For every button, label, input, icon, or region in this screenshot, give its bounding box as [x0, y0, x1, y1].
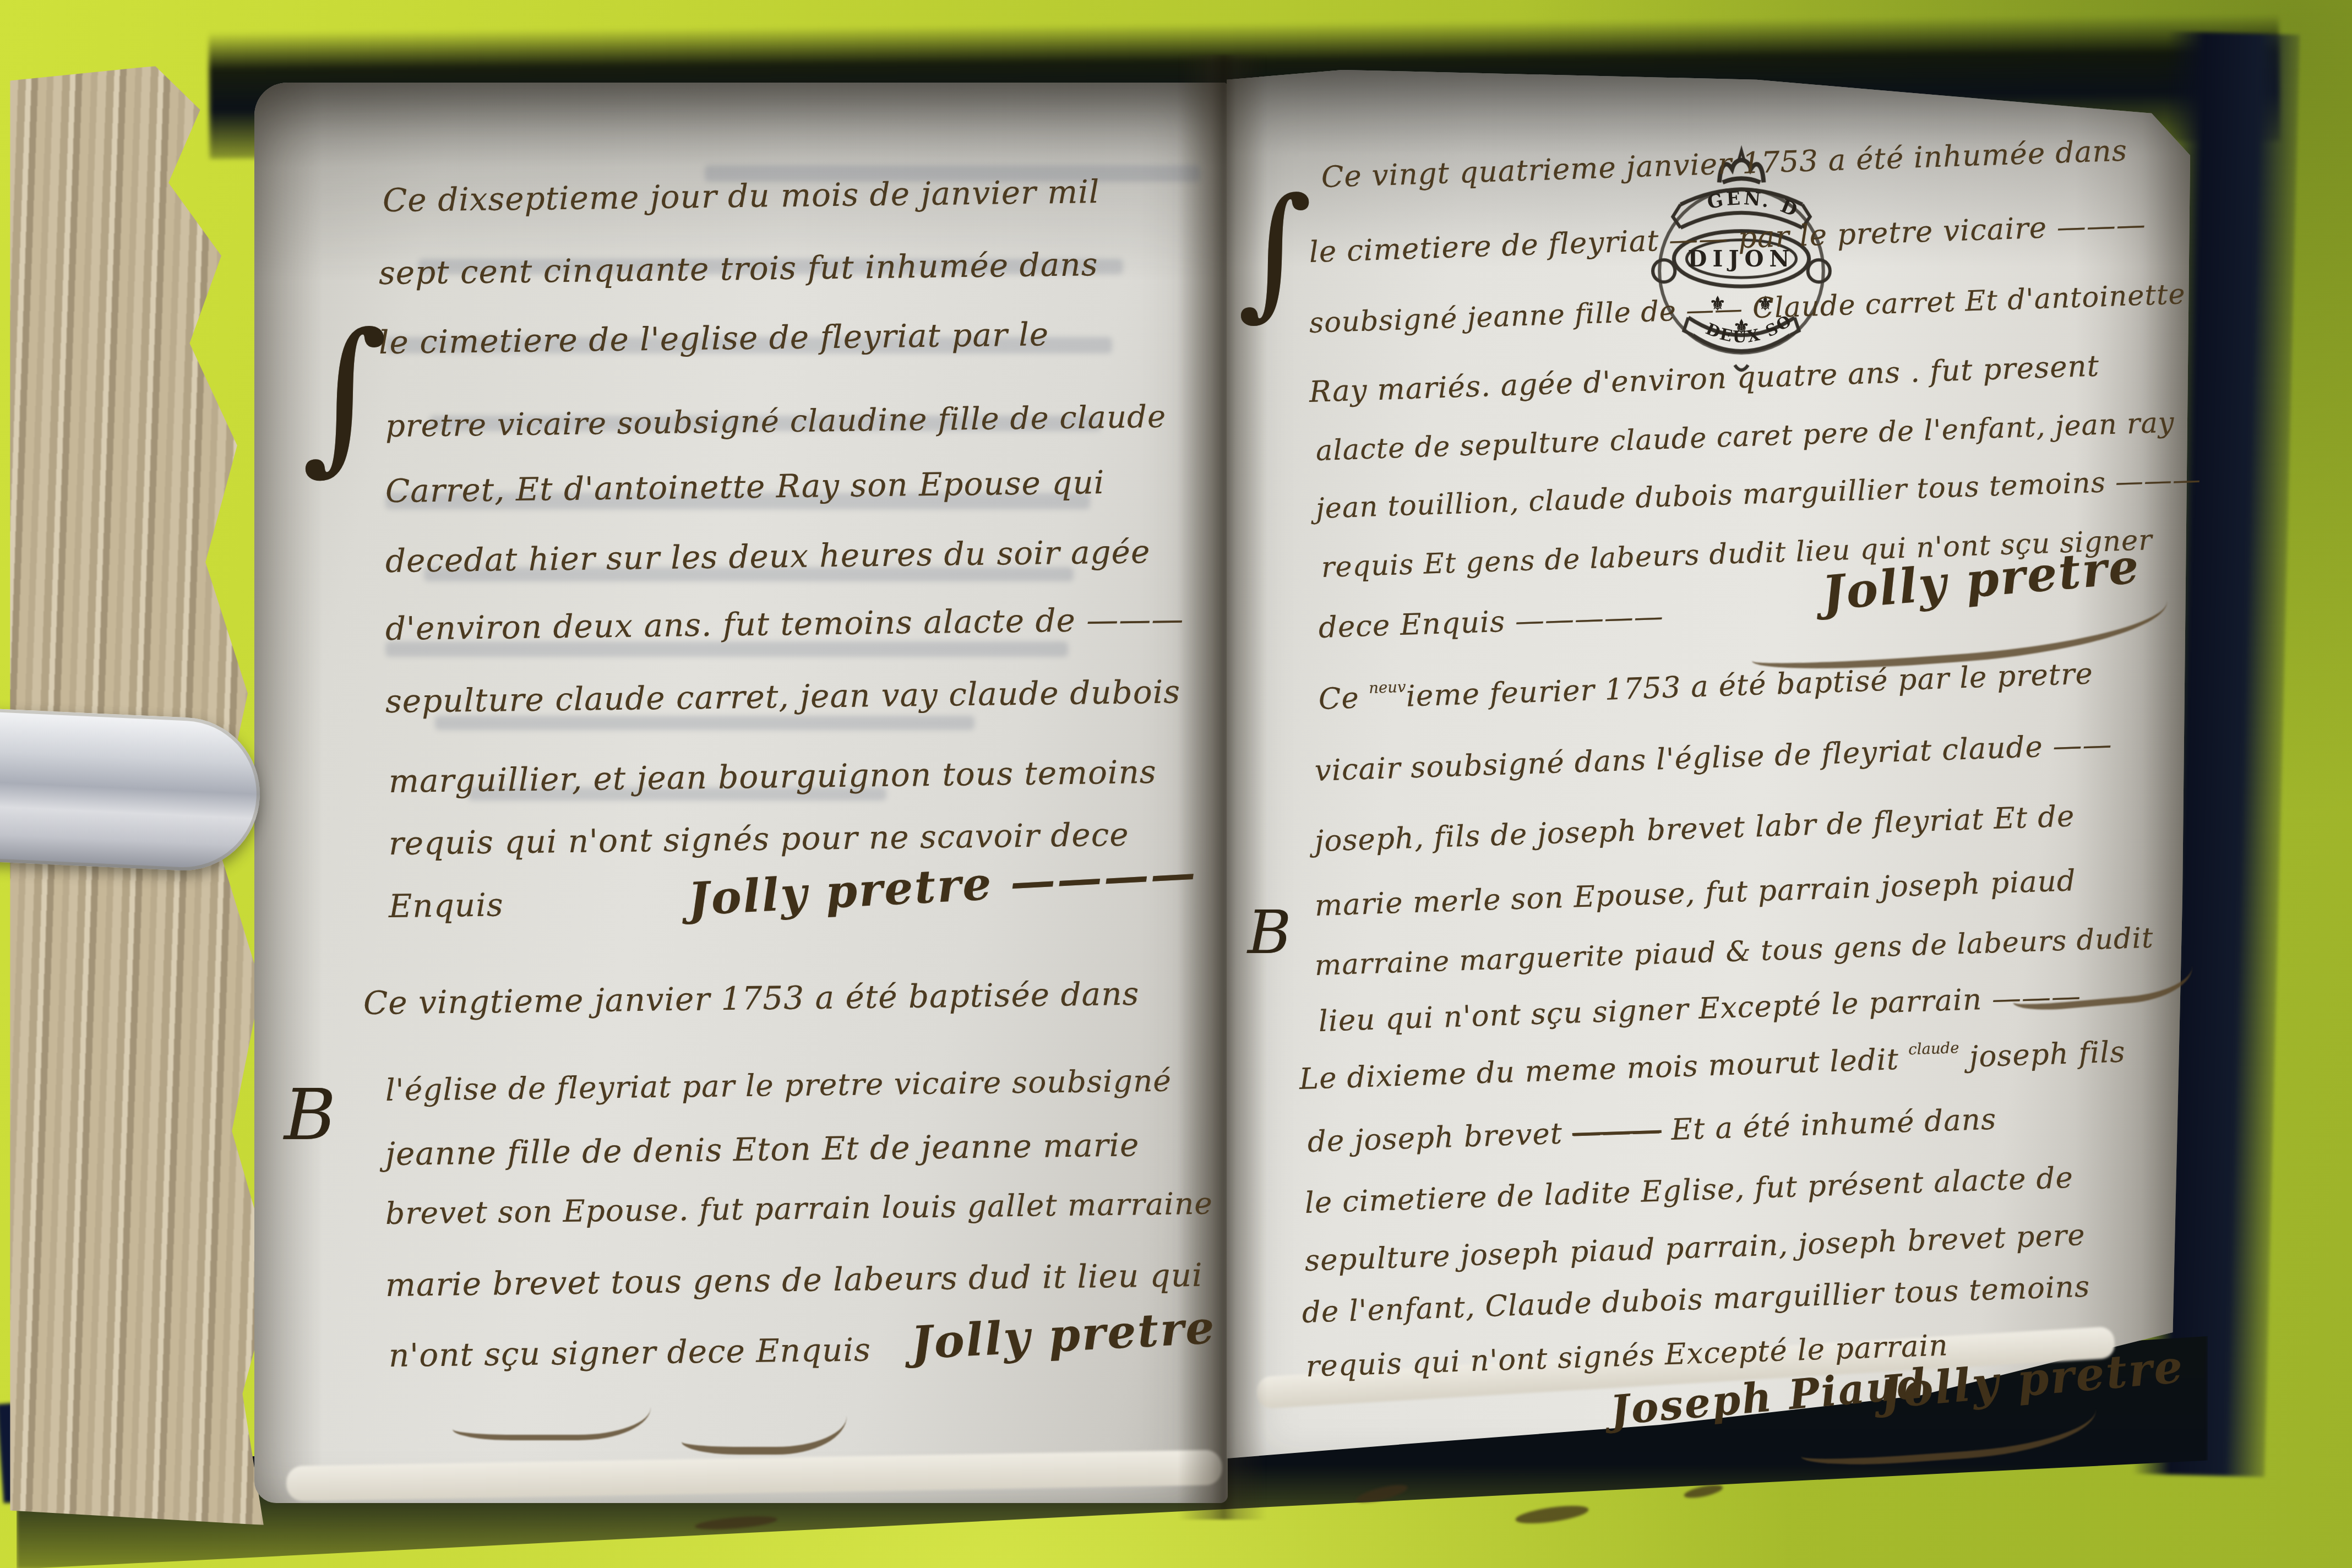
manuscript-line: sepulture joseph piaud parrain, joseph b…	[1304, 1218, 2086, 1278]
manuscript-line: de l'enfant, Claude dubois marguillier t…	[1302, 1270, 2090, 1330]
manuscript-line: alacte de sepulture claude caret pere de…	[1315, 406, 2175, 467]
manuscript-line: soubsigné jeanne fille de —— Claude carr…	[1309, 278, 2186, 340]
manuscript-line: joseph, fils de joseph brevet labr de fl…	[1314, 799, 2075, 858]
manuscript-line: jean touillion, claude dubois marguillie…	[1315, 464, 2202, 525]
manuscript-line: marie merle son Epouse, fut parrain jose…	[1314, 864, 2077, 923]
manuscript-line: lieu qui n'ont sçu signer Excepté le par…	[1318, 979, 2082, 1038]
margin-mark: B	[1248, 910, 1291, 957]
right-page-text: Ce vingt quatrieme janvier 1753 a été in…	[0, 0, 2352, 1568]
manuscript-line: Ce neuvieme feurier 1753 a été baptisé p…	[1318, 657, 2094, 716]
manuscript-line: vicair soubsigné dans l'église de fleyri…	[1314, 728, 2113, 788]
manuscript-line: dece Enquis —————	[1318, 600, 1664, 645]
manuscript-line: Le dixieme du meme mois mourut ledit cla…	[1299, 1035, 2126, 1096]
margin-mark: ∫	[1238, 194, 1312, 308]
manuscript-line: le cimetiere de fleyriat —— par le pretr…	[1309, 208, 2147, 269]
manuscript-line: Ce vingt quatrieme janvier 1753 a été in…	[1321, 134, 2128, 194]
manuscript-line: de joseph brevet ——— Et a été inhumé dan…	[1307, 1103, 1997, 1159]
manuscript-line: le cimetiere de ladite Eglise, fut prése…	[1304, 1161, 2074, 1220]
open-parish-register-photo: GEN. DE DIJON DEUX SOLS ⚜ ⚜ ⚜ Ce dixsept…	[0, 0, 2352, 1568]
manuscript-line: marraine marguerite piaud & tous gens de…	[1314, 922, 2154, 982]
manuscript-line: Ray mariés. agée d'environ quatre ans . …	[1309, 349, 2100, 409]
